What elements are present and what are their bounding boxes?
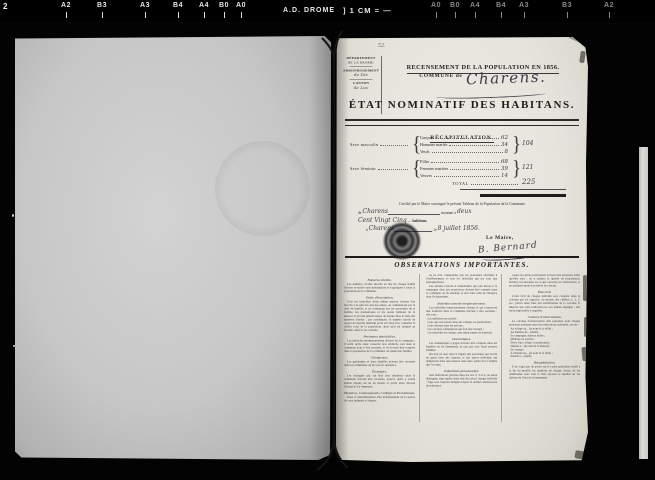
scale-dash-icon: — [383,6,392,15]
mayor-label: Le Maire, [486,235,514,241]
observation-text: toutes les autres professions doivent êt… [509,274,580,288]
brace-close-icon: } [512,158,521,179]
observation-heading: État civil. [509,290,580,294]
arrondissement-handwritten: de Die [341,73,381,78]
observation-heading: Personnes domiciliées. [344,334,415,338]
year-handwritten: 1856. [463,226,480,231]
divider-rule [350,79,373,80]
certification-text: Certifié par le Maire soussigné le prése… [346,202,578,206]
certification-line: de Charens montant à deux [346,209,578,214]
female-subtotal-handwritten: 121 [522,166,533,171]
ruler-tick [567,12,568,18]
recap-row: Veufs8 [420,149,508,154]
male-group-label: Sexe masculin [350,142,410,147]
census-form-page: 52. DÉPARTEMENT DE LA DROME. ARRONDISSEM… [336,37,588,462]
left-blank-page [15,36,331,460]
scale-label: ] 1 CM = — [343,6,392,15]
observation-text: Les individus en voyage, sans déplacemen… [426,331,497,334]
paper-blotch [215,141,310,236]
observation-text: L'état civil de chaque individu sera con… [509,295,580,313]
male-subtotal-handwritten: 104 [522,142,533,147]
observation-heading: Domestiques. [426,337,497,341]
observation-text: Les numéros d'ordre inscrits en tête de … [344,283,415,294]
certification-line: à Charens , le 8 juillet 1856. [346,226,578,231]
amount-handwritten: deux [457,209,472,214]
fill-in-rule [388,211,440,215]
observation-text: on ne doit comprendre que les personnes … [426,274,497,285]
ruler-tick [178,12,179,18]
ruler-tick [224,12,225,18]
female-group-label: Sexe féminin [350,166,410,171]
observation-text: Les domestiques à gages doivent être com… [426,342,497,353]
observation-text: Les enfants trouvés et abandonnés qui so… [426,285,497,299]
double-rule [345,119,579,126]
observation-text: Les individus temporairement absents et … [426,306,497,317]
commune-handwritten: Charens. [466,68,547,89]
observations-columns: Numéros d'ordre.Les numéros d'ordre insc… [344,274,580,422]
ruler-tick [501,12,502,18]
page-edge-wear [581,347,587,361]
observation-text: Interné à... (idem). [509,355,580,358]
observations-heading: OBSERVATIONS IMPORTANTES. [336,261,588,269]
observation-text: Aux indications prévues dans les nos 2, … [426,374,497,388]
observation-heading: Ordre d'inscription. [344,296,415,300]
recap-row: Femmes mariées39 [420,166,508,171]
ruler-tick [609,12,610,18]
observation-heading: Récapitulation. [509,361,580,365]
printer-imprint: Valence, de l'Imprimerie de BOREL, Impri… [450,469,578,480]
ruler-tick [66,12,67,18]
film-speck [13,345,15,347]
observation-text: Dans le dénombrement d'un établissement … [344,396,415,403]
ruler-tick [102,12,103,18]
recap-row: Hommes mariés34 [420,142,508,147]
total-rule [460,189,566,190]
divider-rule [350,66,373,67]
page-edge-wear [584,317,588,337]
ruler-tick [475,12,476,18]
drome-label: DE LA DROME. [341,60,381,64]
observation-heading: Gendarmes. [344,356,415,360]
ruler-tick [455,12,456,18]
archive-label: A.D. DROME [283,7,335,14]
observation-text: Tous les individus d'une même maison doi… [344,301,415,333]
handwritten-page-number: 52. [378,43,386,49]
column-separator [419,274,427,422]
form-subtitle: ÉTAT NOMINATIF DES HABITANS. [336,99,588,111]
commune-label: COMMUNE de [419,73,462,79]
total-value-handwritten: 225 [522,178,535,186]
section-heavy-rule [345,256,579,258]
film-speck [12,214,14,217]
recap-row: Filles68 [420,159,508,164]
scale-bracket-icon: ] [343,6,347,15]
ruler-tick [524,12,525,18]
ruler-tick [145,12,146,18]
page-edge-wear [579,51,586,64]
observation-text: Les gendarmes et leurs familles doivent … [344,361,415,368]
page-edge-wear [583,275,587,301]
observation-heading: Individus absents temporairement. [426,301,497,305]
brace-close-icon: } [512,134,521,155]
observation-text: On doit en user ainsi à l'égard des pers… [426,353,497,367]
total-row: TOTAL [452,181,520,186]
column-separator [501,274,509,422]
observation-text: La colonne d'observations doit présenter… [509,320,580,327]
date-handwritten: 8 juillet [438,226,461,231]
ruler-tick [436,12,437,18]
observation-heading: Indications personnelles. [426,369,497,373]
film-ruler-bar: 2 A.D. DROME ] 1 CM = — A2B3A3B4A4B0A0A0… [0,0,655,22]
commune-handwritten: Charens [363,209,388,214]
observations-column-2: on ne doit comprendre que les personnes … [426,274,497,422]
observation-text: Les étrangers qui ont fixé leur résidenc… [344,375,415,389]
recap-row: Garçons62 [420,135,508,140]
microfilm-scan-viewport: 2 A.D. DROME ] 1 CM = — A2B3A3B4A4B0A0A0… [0,0,655,480]
certification-block: Certifié par le Maire soussigné le prése… [346,202,578,232]
observation-text: Il ne s'agit que de porter sur le cadre … [509,366,580,380]
certification-line: Cent Vingt Cinq — habitans. [346,218,578,223]
corner-crease [568,36,583,44]
observation-heading: Numéros d'ordre. [344,278,415,282]
observation-text: Les individus momentanément absents de l… [344,339,415,353]
observation-heading: Étrangers. [344,370,415,374]
ruler-edge-number: 2 [3,2,7,11]
observations-column-3: toutes les autres professions doivent êt… [509,274,580,422]
film-edge-strip [639,147,648,459]
left-page-gutter-shadow [309,36,331,460]
total-heavy-rule [480,194,566,197]
commune-line: COMMUNE deCharens. [382,69,584,88]
recap-row: Veuves14 [420,173,508,178]
page-corner-wear [574,450,586,460]
canton-handwritten: de Luc [341,86,381,91]
observations-column-1: Numéros d'ordre.Les numéros d'ordre insc… [344,274,415,422]
observation-heading: Colonne d'observations. [509,315,580,319]
ruler-tick [241,12,242,18]
ruler-tick [204,12,205,18]
observation-heading: Hospices, Communautés, Colléges et Pensi… [344,391,415,395]
